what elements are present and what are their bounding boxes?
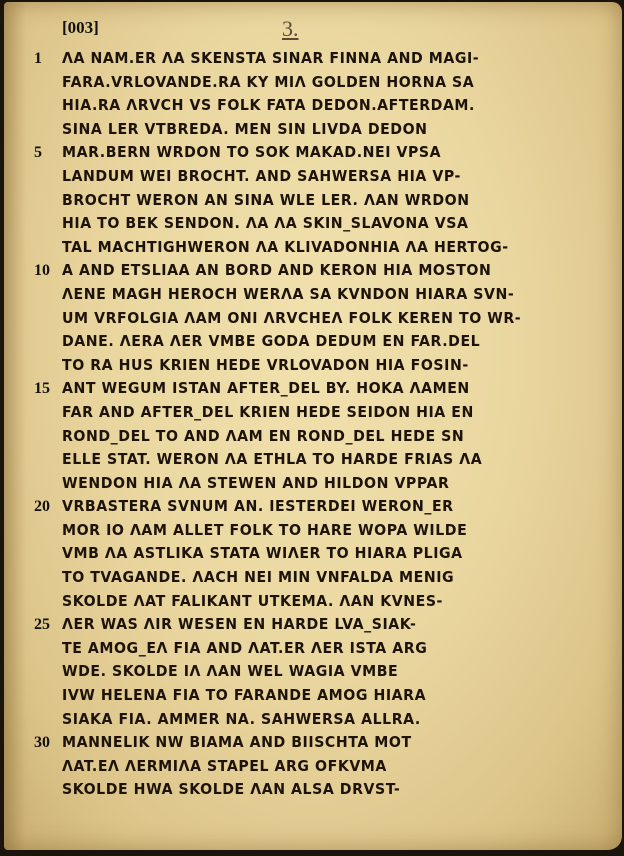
text-line: ELLE STAT. WERON ΛA ETHLA TO HARDE FRIAS… — [4, 450, 622, 474]
text-line: SINA LER VTBREDA. MEN SIN LIVDA DEDON — [4, 120, 622, 144]
text-line: UM VRFOLGIA ΛAM ONI ΛRVCHEΛ FOLK KEREN T… — [4, 309, 622, 333]
line-text: HIA TO BEK SENDON. ΛA ΛA SKIN_SLAVONA VS… — [62, 214, 468, 232]
folio-number: 3. — [282, 16, 299, 42]
manuscript-page: [003] 3. 1ΛA NAM.ER ΛA SKENSTA SINAR FIN… — [4, 2, 622, 850]
line-text: VMB ΛA ASTLIKA STATA WIΛER TO HIARA PLIG… — [62, 544, 463, 562]
text-line: HIA TO BEK SENDON. ΛA ΛA SKIN_SLAVONA VS… — [4, 214, 622, 238]
line-text: ΛA NAM.ER ΛA SKENSTA SINAR FINNA AND MAG… — [62, 49, 479, 67]
line-text: SIAKA FIA. AMMER NA. SAHWERSA ALLRA. — [62, 710, 421, 728]
text-line: LANDUM WEI BROCHT. AND SAHWERSA HIA VP- — [4, 167, 622, 191]
text-line: SKOLDE HWA SKOLDE ΛAN ALSA DRVST- — [4, 780, 622, 804]
text-line: 5MAR.BERN WRDON TO SOK MAKAD.NEI VPSA — [4, 143, 622, 167]
line-text: VRBASTERA SVNUM AN. IESTERDEI WERON_ER — [62, 497, 454, 515]
text-line: IVW HELENA FIA TO FARANDE AMOG HIARA — [4, 686, 622, 710]
line-number: 1 — [34, 50, 52, 68]
line-text: MAR.BERN WRDON TO SOK MAKAD.NEI VPSA — [62, 143, 441, 161]
text-line: MOR IO ΛAM ALLET FOLK TO HARE WOPA WILDE — [4, 521, 622, 545]
line-text: WDE. SKOLDE IΛ ΛAN WEL WAGIA VMBE — [62, 662, 398, 680]
text-line: SKOLDE ΛAT FALIKANT UTKEMA. ΛAN KVNES- — [4, 592, 622, 616]
line-number: 10 — [34, 262, 52, 280]
line-text: HIA.RA ΛRVCH VS FOLK FATA DEDON.AFTERDAM… — [62, 96, 475, 114]
text-line: BROCHT WERON AN SINA WLE LER. ΛAN WRDON — [4, 191, 622, 215]
line-text: DANE. ΛERA ΛER VMBE GODA DEDUM EN FAR.DE… — [62, 332, 480, 350]
line-text: UM VRFOLGIA ΛAM ONI ΛRVCHEΛ FOLK KEREN T… — [62, 309, 521, 327]
text-line: TO TVAGANDE. ΛACH NEI MIN VNFALDA MENIG — [4, 568, 622, 592]
line-text: TO TVAGANDE. ΛACH NEI MIN VNFALDA MENIG — [62, 568, 454, 586]
line-number: 20 — [34, 498, 52, 516]
text-line: 15ANT WEGUM ISTAN AFTER_DEL BY. HOKA ΛAM… — [4, 379, 622, 403]
text-line: FARA.VRLOVANDE.RA KY MIΛ GOLDEN HORNA SA — [4, 73, 622, 97]
text-line: ΛENE MAGH HEROCH WERΛA SA KVNDON HIARA S… — [4, 285, 622, 309]
text-line: 10A AND ETSLIAA AN BORD AND KERON HIA MO… — [4, 261, 622, 285]
line-text: SINA LER VTBREDA. MEN SIN LIVDA DEDON — [62, 120, 428, 138]
text-line: VMB ΛA ASTLIKA STATA WIΛER TO HIARA PLIG… — [4, 544, 622, 568]
text-line: WDE. SKOLDE IΛ ΛAN WEL WAGIA VMBE — [4, 662, 622, 686]
text-line: SIAKA FIA. AMMER NA. SAHWERSA ALLRA. — [4, 710, 622, 734]
manuscript-text-block: 1ΛA NAM.ER ΛA SKENSTA SINAR FINNA AND MA… — [4, 49, 622, 804]
line-text: MOR IO ΛAM ALLET FOLK TO HARE WOPA WILDE — [62, 521, 467, 539]
line-text: ΛENE MAGH HEROCH WERΛA SA KVNDON HIARA S… — [62, 285, 514, 303]
line-text: ΛER WAS ΛIR WESEN EN HARDE LVA_SIAK- — [62, 615, 416, 633]
line-number: 15 — [34, 380, 52, 398]
line-text: SKOLDE ΛAT FALIKANT UTKEMA. ΛAN KVNES- — [62, 592, 443, 610]
line-text: IVW HELENA FIA TO FARANDE AMOG HIARA — [62, 686, 426, 704]
text-line: 30MANNELIK NW BIAMA AND BIISCHTA MOT — [4, 733, 622, 757]
text-line: WENDON HIA ΛA STEWEN AND HILDON VPPAR — [4, 474, 622, 498]
line-text: LANDUM WEI BROCHT. AND SAHWERSA HIA VP- — [62, 167, 461, 185]
line-text: TE AMOG_EΛ FIA AND ΛAT.ER ΛER ISTA ARG — [62, 639, 427, 657]
text-line: FAR AND AFTER_DEL KRIEN HEDE SEIDON HIA … — [4, 403, 622, 427]
line-number: 25 — [34, 616, 52, 634]
line-text: FAR AND AFTER_DEL KRIEN HEDE SEIDON HIA … — [62, 403, 474, 421]
line-text: WENDON HIA ΛA STEWEN AND HILDON VPPAR — [62, 474, 449, 492]
line-text: FARA.VRLOVANDE.RA KY MIΛ GOLDEN HORNA SA — [62, 73, 474, 91]
line-text: BROCHT WERON AN SINA WLE LER. ΛAN WRDON — [62, 191, 470, 209]
text-line: 20VRBASTERA SVNUM AN. IESTERDEI WERON_ER — [4, 497, 622, 521]
line-text: ROND_DEL TO AND ΛAM EN ROND_DEL HEDE SN — [62, 427, 464, 445]
line-text: TAL MACHTIGHWERON ΛA KLIVADONHIA ΛA HERT… — [62, 238, 509, 256]
text-line: TAL MACHTIGHWERON ΛA KLIVADONHIA ΛA HERT… — [4, 238, 622, 262]
line-text: ΛAT.EΛ ΛERMIΛA STAPEL ARG OFKVMA — [62, 757, 387, 775]
line-text: TO RA HUS KRIEN HEDE VRLOVADON HIA FOSIN… — [62, 356, 469, 374]
line-text: MANNELIK NW BIAMA AND BIISCHTA MOT — [62, 733, 412, 751]
text-line: DANE. ΛERA ΛER VMBE GODA DEDUM EN FAR.DE… — [4, 332, 622, 356]
text-line: ROND_DEL TO AND ΛAM EN ROND_DEL HEDE SN — [4, 427, 622, 451]
line-text: SKOLDE HWA SKOLDE ΛAN ALSA DRVST- — [62, 780, 400, 798]
page-id-label: [003] — [62, 18, 99, 38]
line-text: ELLE STAT. WERON ΛA ETHLA TO HARDE FRIAS… — [62, 450, 482, 468]
text-line: 25ΛER WAS ΛIR WESEN EN HARDE LVA_SIAK- — [4, 615, 622, 639]
line-number: 5 — [34, 144, 52, 162]
text-line: TE AMOG_EΛ FIA AND ΛAT.ER ΛER ISTA ARG — [4, 639, 622, 663]
text-line: TO RA HUS KRIEN HEDE VRLOVADON HIA FOSIN… — [4, 356, 622, 380]
text-line: 1ΛA NAM.ER ΛA SKENSTA SINAR FINNA AND MA… — [4, 49, 622, 73]
line-number: 30 — [34, 734, 52, 752]
line-text: A AND ETSLIAA AN BORD AND KERON HIA MOST… — [62, 261, 491, 279]
text-line: ΛAT.EΛ ΛERMIΛA STAPEL ARG OFKVMA — [4, 757, 622, 781]
text-line: HIA.RA ΛRVCH VS FOLK FATA DEDON.AFTERDAM… — [4, 96, 622, 120]
line-text: ANT WEGUM ISTAN AFTER_DEL BY. HOKA ΛAMEN — [62, 379, 470, 397]
